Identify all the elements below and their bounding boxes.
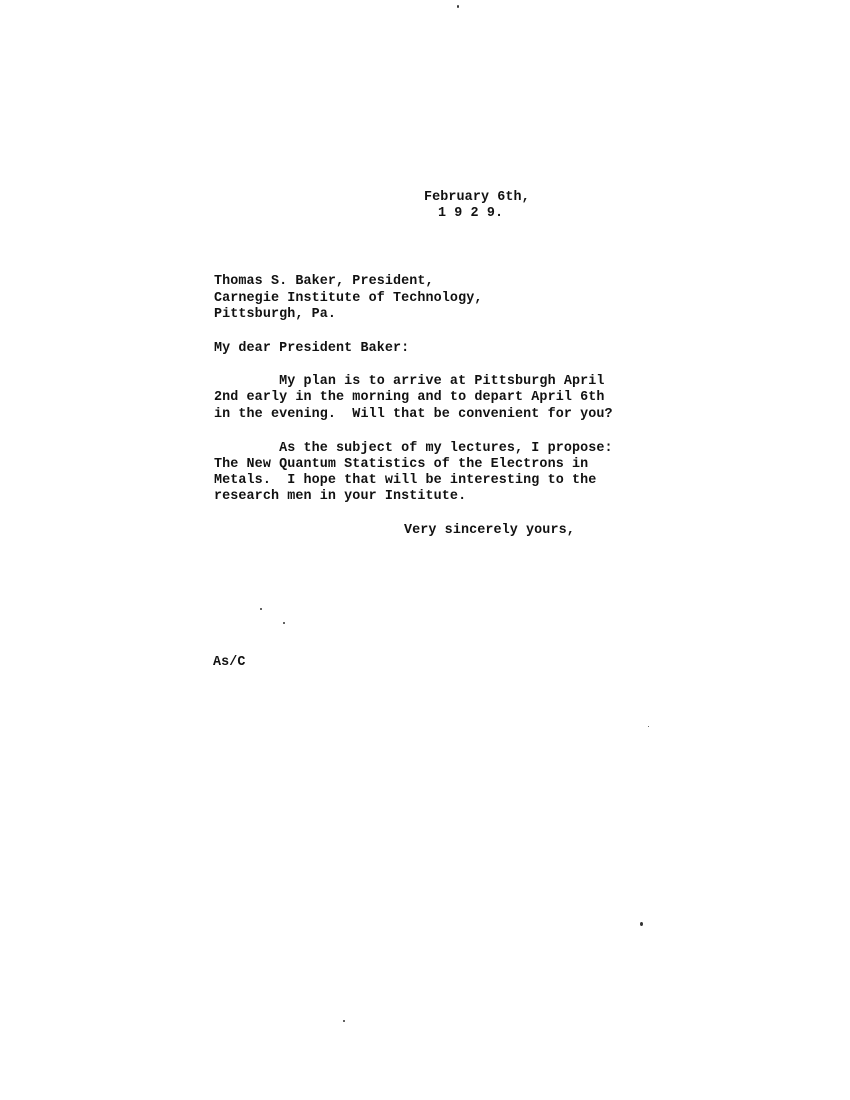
- paragraph2-line3: Metals. I hope that will be interesting …: [214, 473, 596, 490]
- scan-speck: [457, 5, 459, 8]
- paragraph1-line2: 2nd early in the morning and to depart A…: [214, 390, 605, 407]
- typist-initials: As/C: [213, 655, 246, 672]
- scan-speck: [283, 622, 285, 624]
- paragraph2-line1: As the subject of my lectures, I propose…: [214, 441, 613, 458]
- year-line: 1 9 2 9.: [438, 206, 503, 223]
- scan-speck: [640, 922, 643, 926]
- address-line-name: Thomas S. Baker, President,: [214, 274, 434, 291]
- scan-speck: [343, 1020, 345, 1022]
- date-line: February 6th,: [424, 190, 530, 207]
- closing: Very sincerely yours,: [404, 523, 575, 540]
- paragraph2-line4: research men in your Institute.: [214, 489, 466, 506]
- paragraph1-line1: My plan is to arrive at Pittsburgh April: [214, 374, 605, 391]
- address-line-institution: Carnegie Institute of Technology,: [214, 291, 482, 308]
- scan-speck: [260, 608, 262, 610]
- paragraph1-line3: in the evening. Will that be convenient …: [214, 407, 613, 424]
- scan-speck: [648, 726, 649, 727]
- address-line-city: Pittsburgh, Pa.: [214, 307, 336, 324]
- salutation: My dear President Baker:: [214, 341, 409, 358]
- paragraph2-line2: The New Quantum Statistics of the Electr…: [214, 457, 588, 474]
- letter-page: February 6th, 1 9 2 9. Thomas S. Baker, …: [0, 0, 850, 1100]
